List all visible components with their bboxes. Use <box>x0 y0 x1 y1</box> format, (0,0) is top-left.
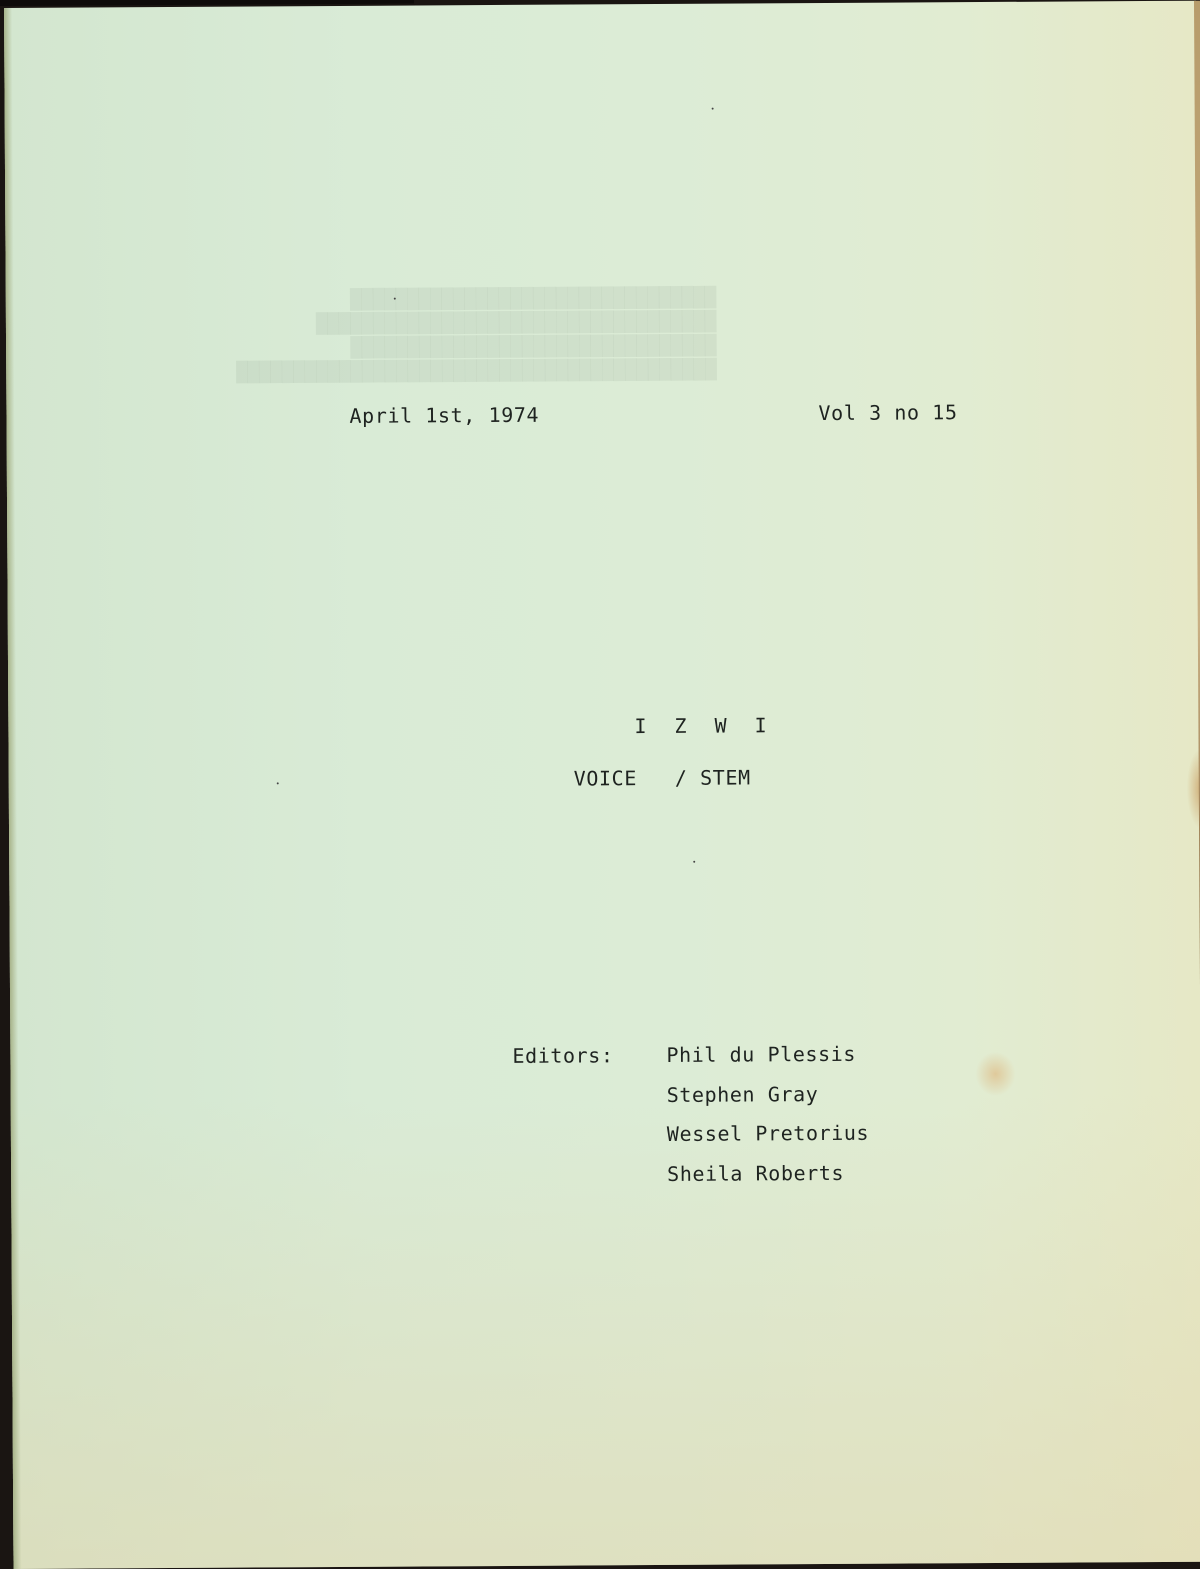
editor-name: Wessel Pretorius <box>667 1121 870 1162</box>
issue-date: April 1st, 1974 <box>349 403 539 428</box>
paper-speck <box>394 298 396 300</box>
paper-speck <box>693 861 695 863</box>
paper-speck <box>712 108 714 110</box>
masthead-title: I Z W I <box>634 713 774 738</box>
reverse-side-show-through: ████████████████████████████████ ███████… <box>236 286 717 385</box>
issue-volume: Vol 3 no 15 <box>818 400 957 425</box>
masthead-subtitle: VOICE / STEM <box>574 765 751 790</box>
editors-label: Editors: <box>512 1043 613 1068</box>
editor-list: Phil du Plessis Stephen Gray Wessel Pret… <box>666 1042 869 1201</box>
editor-name: Phil du Plessis <box>666 1042 869 1083</box>
editor-name: Stephen Gray <box>667 1081 870 1122</box>
editor-name: Sheila Roberts <box>667 1160 870 1201</box>
paper-speck <box>277 782 279 784</box>
page-edge-shadow <box>4 8 22 1569</box>
document-page: ████████████████████████████████ ███████… <box>4 1 1200 1569</box>
